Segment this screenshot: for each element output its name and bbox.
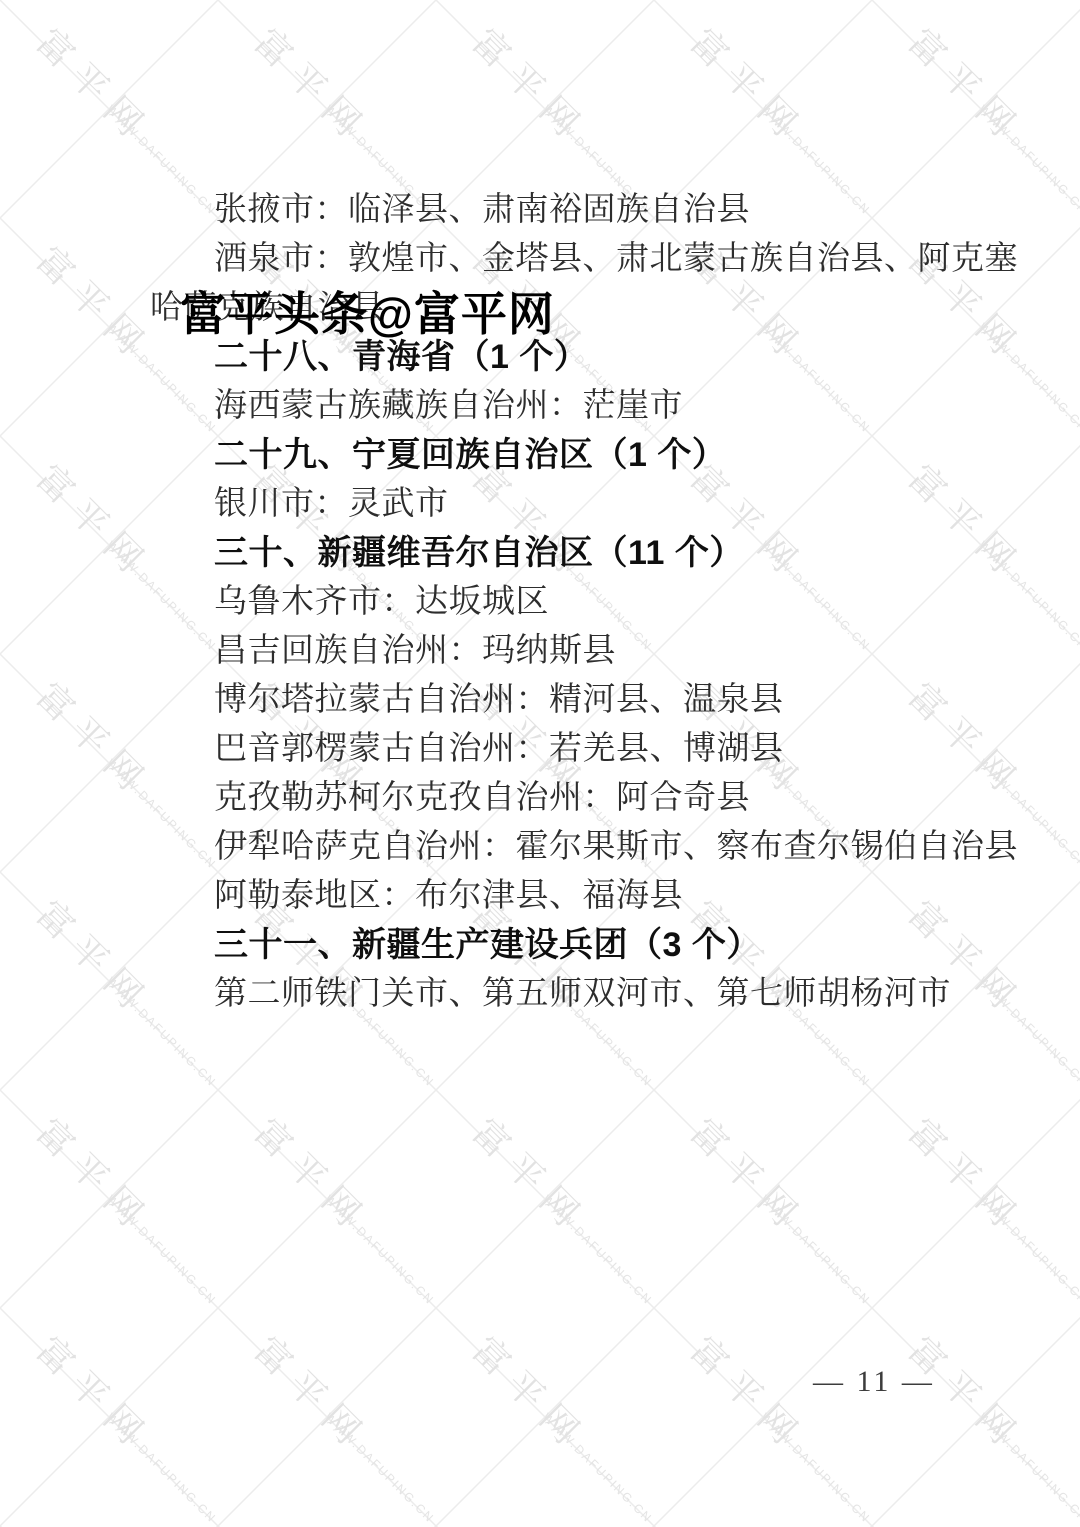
document-line: 酒泉市：敦煌市、金塔县、肃北蒙古族自治县、阿克塞 bbox=[150, 235, 950, 284]
document-line: 阿勒泰地区：布尔津县、福海县 bbox=[150, 872, 950, 921]
document-line: 海西蒙古族藏族自治州：茫崖市 bbox=[150, 382, 950, 431]
document-line: 博尔塔拉蒙古自治州：精河县、温泉县 bbox=[150, 676, 950, 725]
document-line: 张掖市：临泽县、肃南裕固族自治县 bbox=[150, 186, 950, 235]
document-line: 克孜勒苏柯尔克孜自治州：阿合奇县 bbox=[150, 774, 950, 823]
document-line: 伊犁哈萨克自治州：霍尔果斯市、察布查尔锡伯自治县 bbox=[150, 823, 950, 872]
section-heading: 三十一、新疆生产建设兵团（3 个） bbox=[150, 921, 950, 970]
section-heading: 三十、新疆维吾尔自治区（11 个） bbox=[150, 529, 950, 578]
document-line: 乌鲁木齐市：达坂城区 bbox=[150, 578, 950, 627]
section-heading: 二十八、青海省（1 个） bbox=[150, 333, 950, 382]
document-page: 富平网 WWW.DAFUPING.CN 张掖市：临泽县、肃南裕固族自治县 酒泉市… bbox=[0, 0, 1080, 1527]
page-number: — 11 — bbox=[813, 1365, 935, 1399]
document-line: 巴音郭楞蒙古自治州：若羌县、博湖县 bbox=[150, 725, 950, 774]
document-line: 昌吉回族自治州：玛纳斯县 bbox=[150, 627, 950, 676]
section-heading: 二十九、宁夏回族自治区（1 个） bbox=[150, 431, 950, 480]
branding-overlay-text: 富平头条@富平网 bbox=[180, 291, 555, 337]
document-line: 银川市：灵武市 bbox=[150, 480, 950, 529]
document-line: 第二师铁门关市、第五师双河市、第七师胡杨河市 bbox=[150, 970, 950, 1019]
